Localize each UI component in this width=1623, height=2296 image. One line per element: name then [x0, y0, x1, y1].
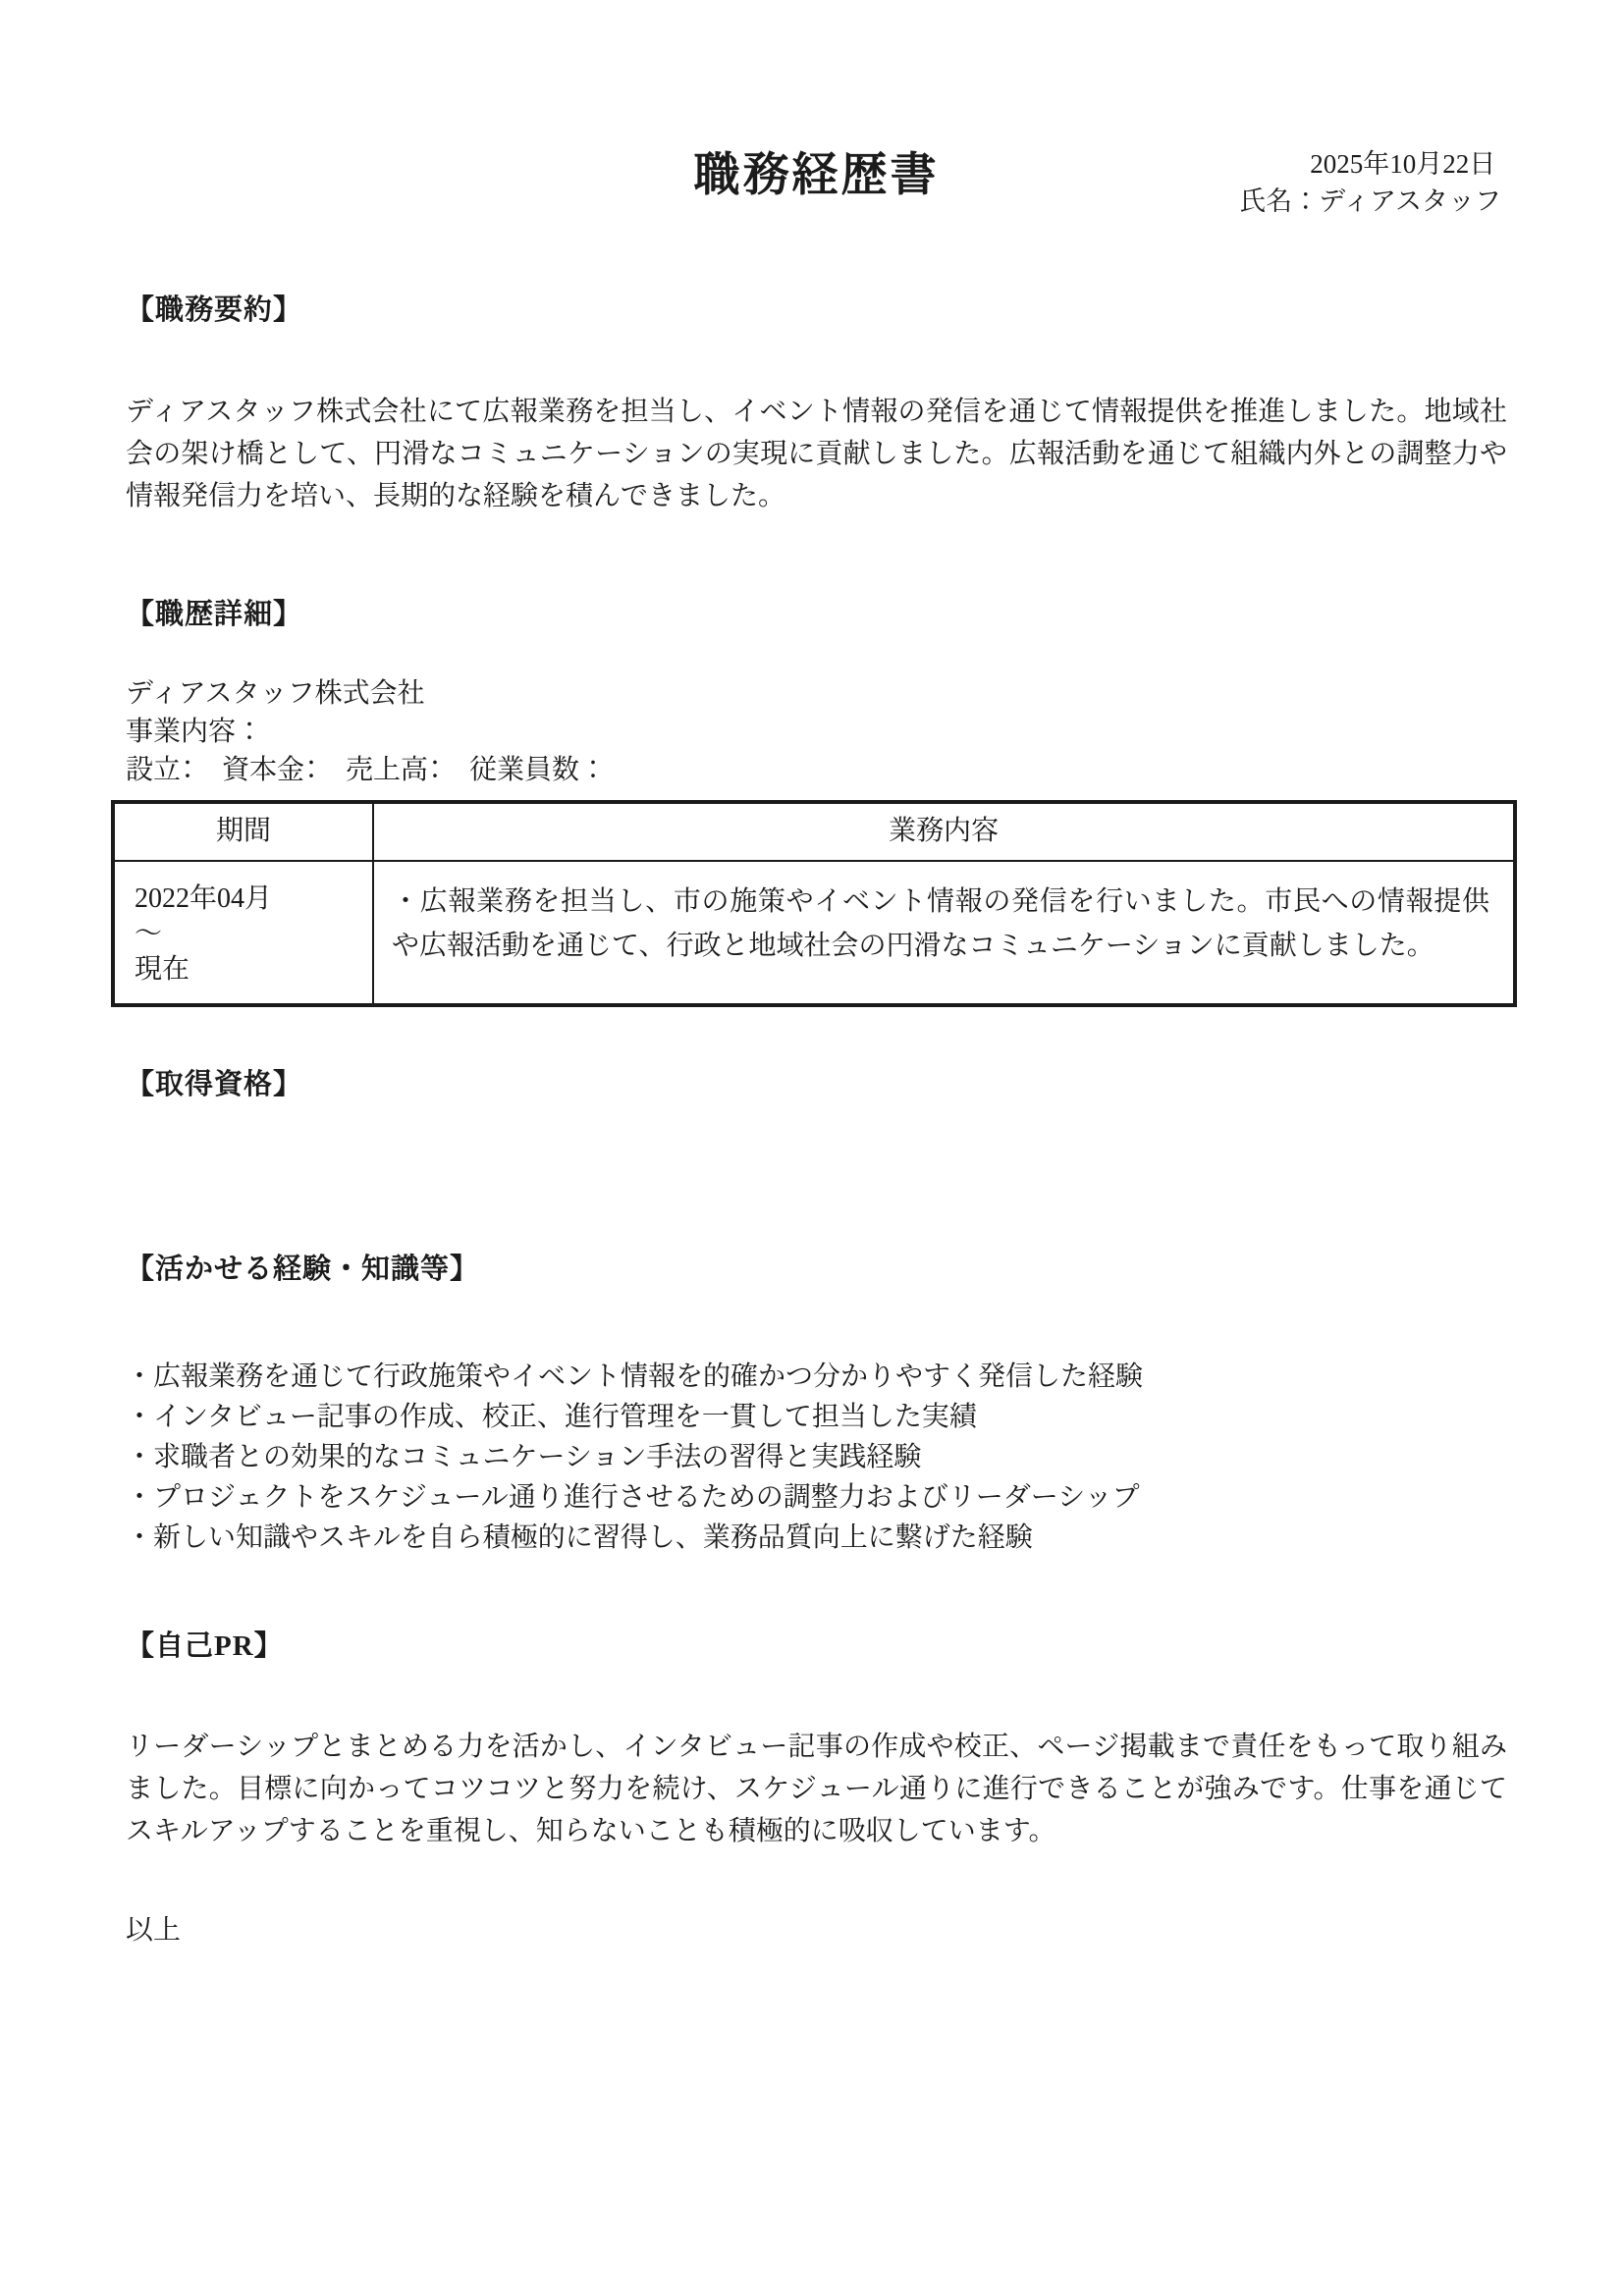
period-tilde: ～ — [135, 917, 362, 952]
section-heading-job-summary: 【職務要約】 — [126, 290, 1507, 331]
duties-description-cell: ・広報業務を担当し、市の施策やイベント情報の発信を行いました。市民への情報提供や… — [373, 861, 1515, 1005]
document-header: 職務経歴書 2025年10月22日 氏名：ディアスタッフ — [126, 149, 1507, 243]
document-date: 2025年10月22日 — [1239, 145, 1501, 183]
list-item: ・プロジェクトをスケジュール通り進行させるための調整力およびリーダーシップ — [126, 1477, 1507, 1518]
list-item: ・インタビュー記事の作成、校正、進行管理を一貫して担当した実績 — [126, 1397, 1507, 1437]
job-summary-paragraph: ディアスタッフ株式会社にて広報業務を担当し、イベント情報の発信を通じて情報提供を… — [126, 391, 1507, 517]
table-header-row: 期間 業務内容 — [113, 802, 1515, 861]
section-heading-skills: 【活かせる経験・知識等】 — [126, 1249, 1507, 1290]
header-meta-block: 2025年10月22日 氏名：ディアスタッフ — [1239, 145, 1501, 220]
table-header-description: 業務内容 — [373, 802, 1515, 861]
period-end: 現在 — [135, 952, 362, 988]
skills-list: ・広報業務を通じて行政施策やイベント情報を的確かつ分かりやすく発信した経験 ・イ… — [126, 1357, 1507, 1558]
company-business-line: 事業内容： — [126, 713, 1507, 751]
period-start: 2022年04月 — [135, 881, 362, 917]
work-history-table-head: 期間 業務内容 — [113, 802, 1515, 861]
work-history-table: 期間 業務内容 2022年04月 ～ 現在 ・広報業務を担当し、市の施策やイベン… — [111, 800, 1517, 1007]
work-history-table-body: 2022年04月 ～ 現在 ・広報業務を担当し、市の施策やイベント情報の発信を行… — [113, 861, 1515, 1005]
table-row: 2022年04月 ～ 現在 ・広報業務を担当し、市の施策やイベント情報の発信を行… — [113, 861, 1515, 1005]
period-cell: 2022年04月 ～ 現在 — [113, 861, 373, 1005]
table-header-period: 期間 — [113, 802, 373, 861]
section-heading-work-history: 【職歴詳細】 — [126, 594, 1507, 635]
resume-page: 職務経歴書 2025年10月22日 氏名：ディアスタッフ 【職務要約】 ディアス… — [0, 0, 1623, 2296]
section-heading-qualifications: 【取得資格】 — [126, 1064, 1507, 1105]
list-item: ・求職者との効果的なコミュニケーション手法の習得と実践経験 — [126, 1437, 1507, 1477]
self-pr-paragraph: リーダーシップとまとめる力を活かし、インタビュー記事の作成や校正、ページ掲載まで… — [126, 1726, 1507, 1852]
list-item: ・新しい知識やスキルを自ら積極的に習得し、業務品質向上に繋げた経験 — [126, 1518, 1507, 1558]
company-info-block: ディアスタッフ株式会社 事業内容： 設立： 資本金： 売上高： 従業員数： — [126, 674, 1507, 789]
closing-mark: 以上 — [126, 1911, 1507, 1950]
company-name: ディアスタッフ株式会社 — [126, 674, 1507, 713]
company-facts-line: 設立： 資本金： 売上高： 従業員数： — [126, 751, 1507, 789]
applicant-name-line: 氏名：ディアスタッフ — [1239, 183, 1501, 220]
list-item: ・広報業務を通じて行政施策やイベント情報を的確かつ分かりやすく発信した経験 — [126, 1357, 1507, 1397]
section-heading-self-pr: 【自己PR】 — [126, 1626, 1507, 1667]
